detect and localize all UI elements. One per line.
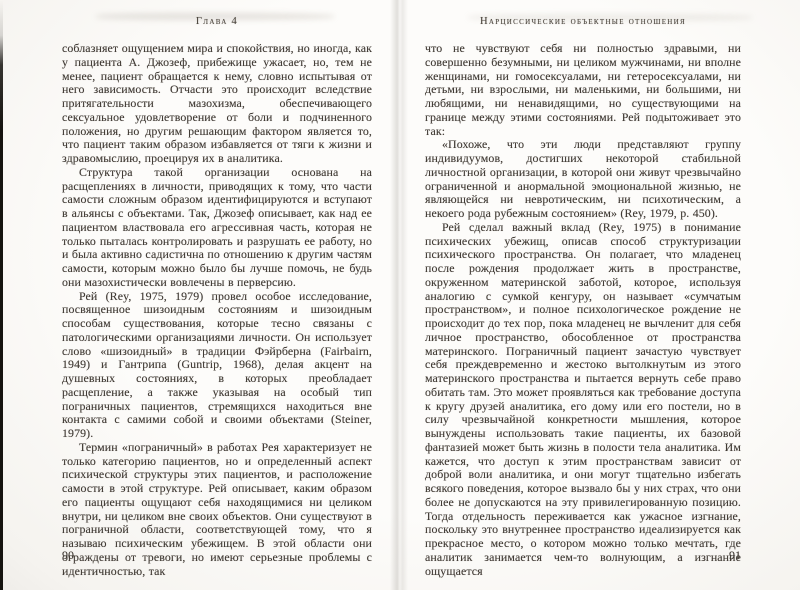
paragraph: «Похоже, что эти люди представляют групп… (425, 138, 741, 221)
left-page-number: 90 (62, 548, 74, 563)
paragraph: соблазняет ощущением мира и спокойствия,… (62, 42, 372, 166)
paragraph: Структура такой организации основана на … (62, 166, 372, 290)
book-page-block-edge (0, 0, 3, 590)
right-page-number: 91 (425, 548, 741, 563)
paragraph: Термин «пограничный» в работах Рея харак… (62, 441, 372, 579)
book-gutter-shadow (390, 0, 408, 590)
left-page: Глава 4 соблазняет ощущением мира и спок… (62, 16, 372, 578)
right-page-body: что не чувствуют себя ни полностью здрав… (425, 42, 741, 578)
paragraph: Рей сделал важный вклад (Rey, 1975) в по… (425, 221, 741, 579)
left-running-header: Глава 4 (62, 16, 372, 27)
book-spread-photo: Глава 4 соблазняет ощущением мира и спок… (0, 0, 800, 590)
paragraph: что не чувствуют себя ни полностью здрав… (425, 42, 741, 138)
paragraph: Рей (Rey, 1975, 1979) провел особое иссл… (62, 290, 372, 441)
left-page-body: соблазняет ощущением мира и спокойствия,… (62, 42, 372, 578)
right-page: Нарциссические объектные отношения что н… (425, 16, 741, 578)
right-running-header: Нарциссические объектные отношения (425, 16, 741, 27)
